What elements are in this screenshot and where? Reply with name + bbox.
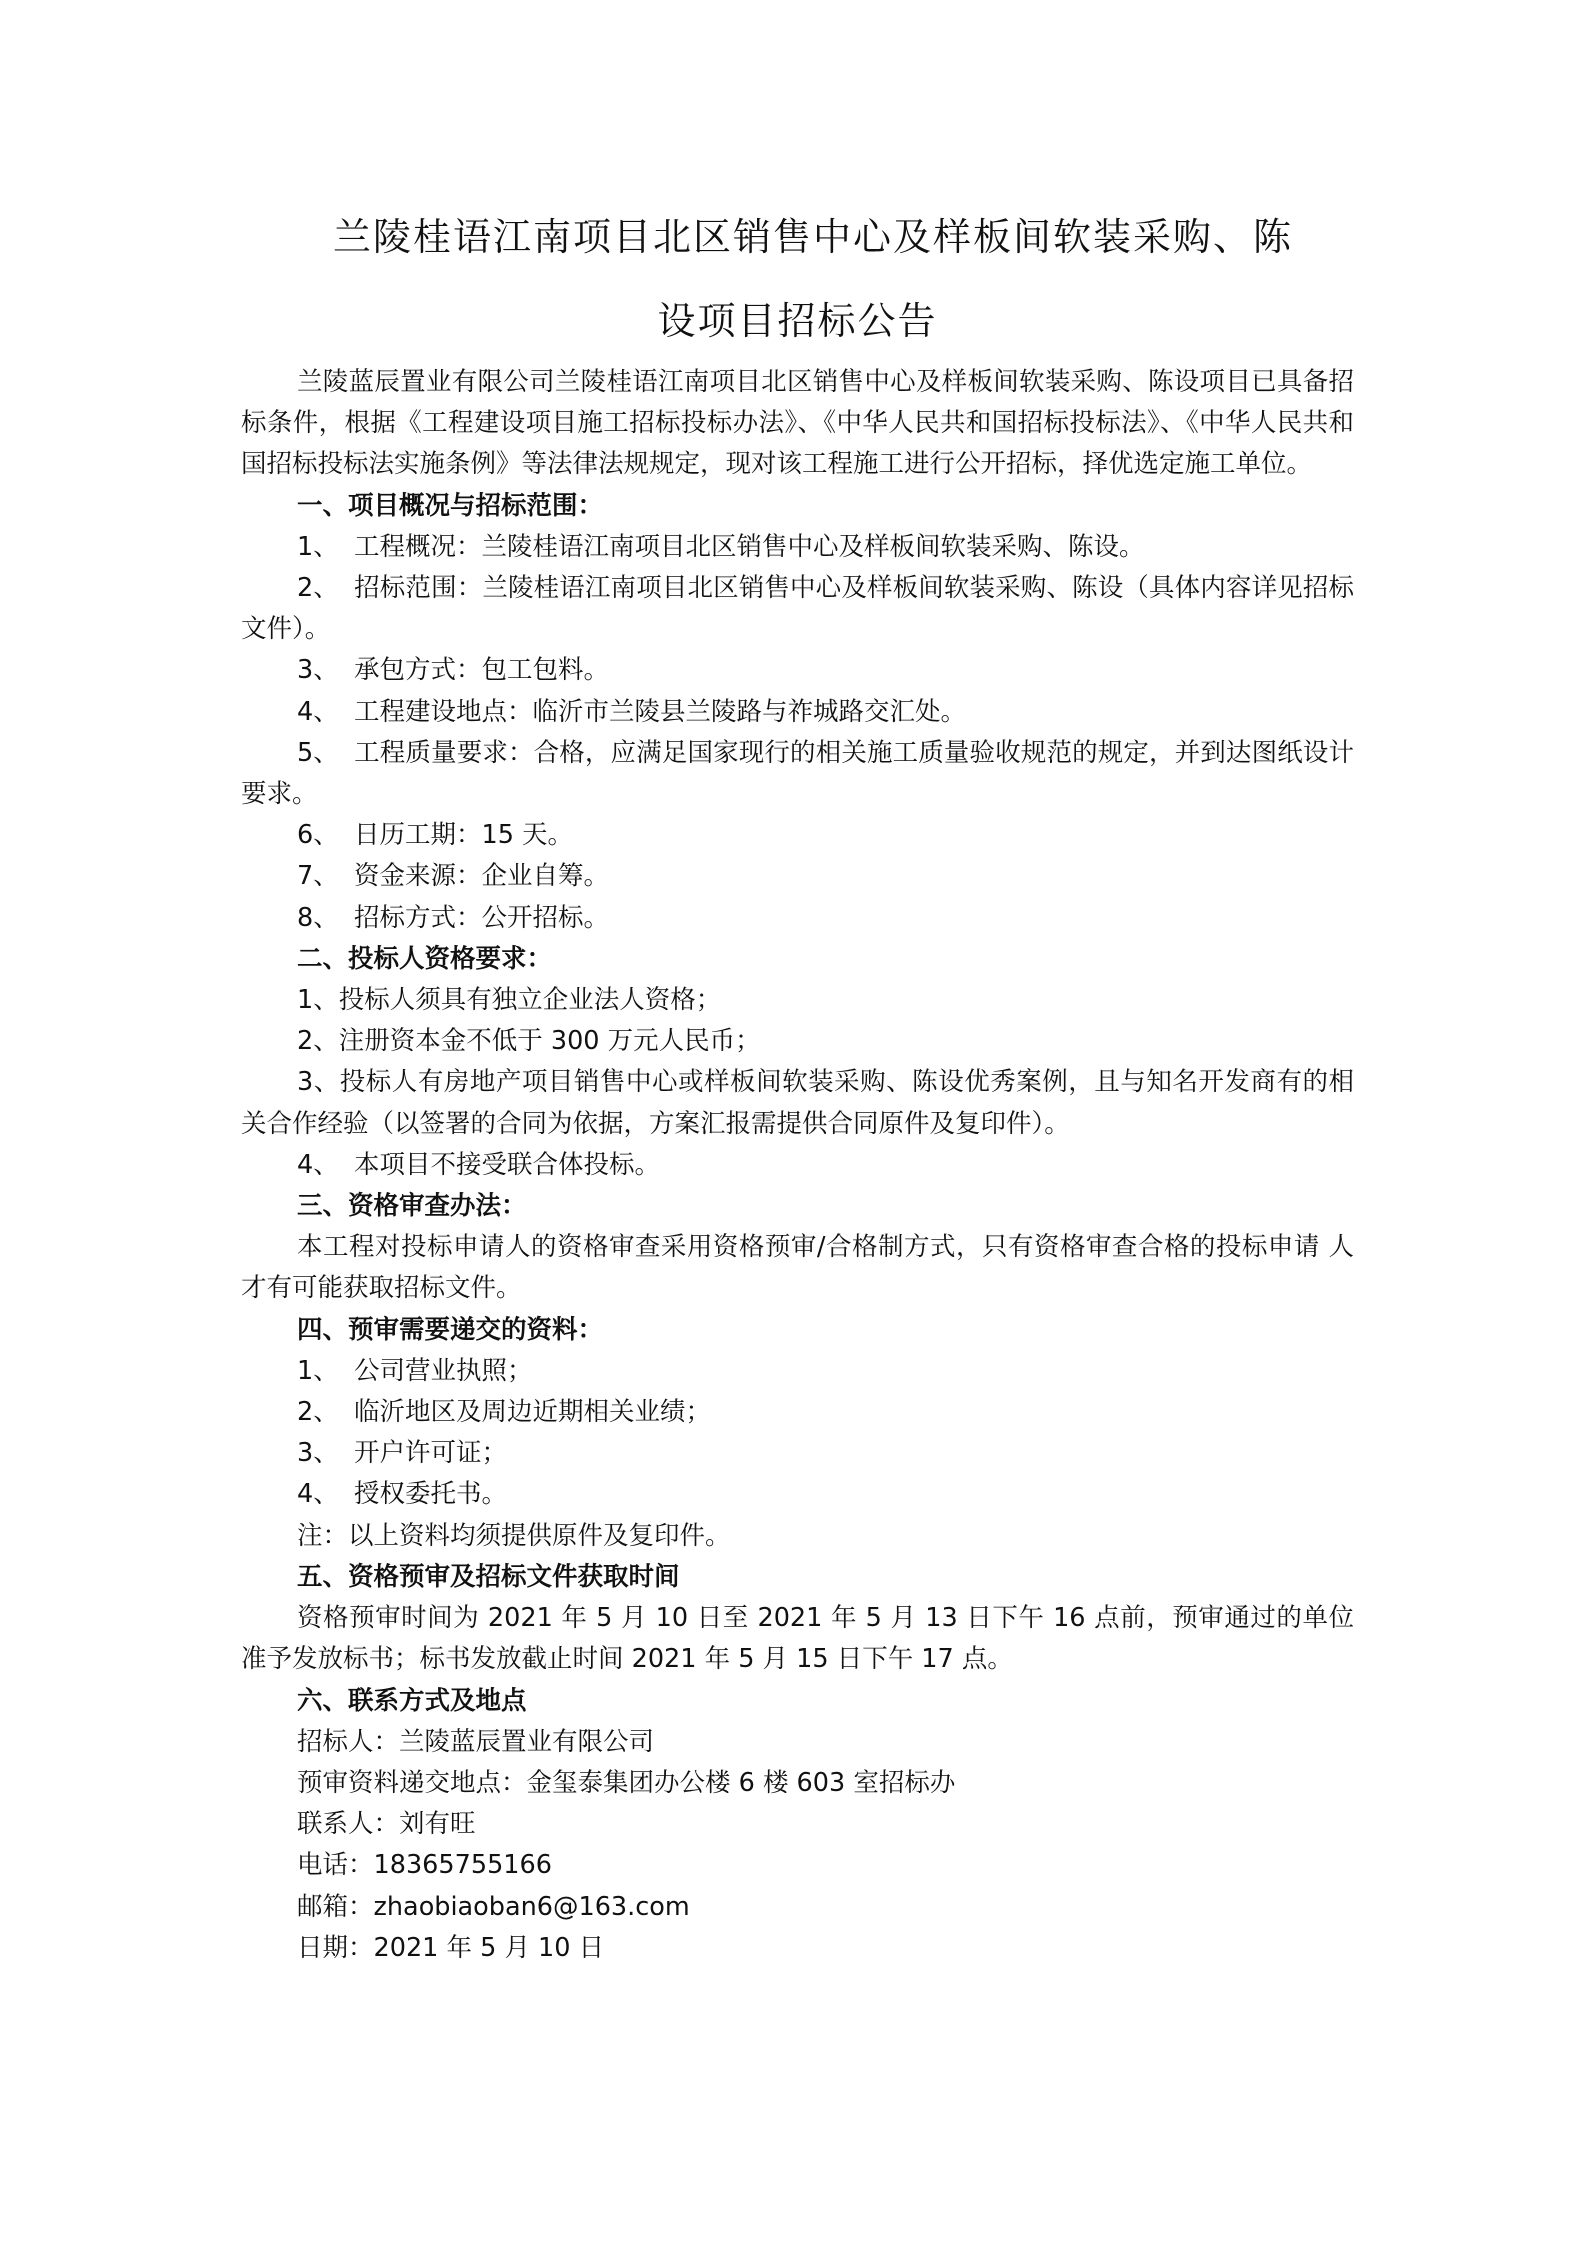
contact-label: 电话：: [297, 1850, 374, 1880]
contact-label: 日期：: [297, 1933, 374, 1963]
contact-person: 联系人：刘有旺: [241, 1804, 1354, 1845]
item-text: 注册资本金不低于 300 万元人民币；: [339, 1026, 761, 1056]
section-2-item: 1、投标人须具有独立企业法人资格；: [241, 980, 1354, 1021]
contact-email: 邮箱：zhaobiaoban6@163.com: [241, 1887, 1354, 1928]
section-1-item: 7、资金来源：企业自筹。: [241, 856, 1354, 897]
item-text: 工程建设地点：临沂市兰陵县兰陵路与祚城路交汇处。: [354, 697, 966, 727]
item-number: 2、: [297, 568, 354, 609]
item-text: 日历工期：15 天。: [354, 820, 573, 850]
section-3-text: 本工程对投标申请人的资格审查采用资格预审/合格制方式，只有资格审查合格的投标申请…: [241, 1227, 1354, 1309]
contact-label: 招标人：: [297, 1727, 399, 1757]
item-text: 投标人有房地产项目销售中心或样板间软装采购、陈设优秀案例，且与知名开发商有的相关…: [241, 1067, 1354, 1138]
contact-submission-location: 预审资料递交地点：金玺泰集团办公楼 6 楼 603 室招标办: [241, 1763, 1354, 1804]
item-number: 5、: [297, 733, 354, 774]
contact-value: 兰陵蓝辰置业有限公司: [399, 1727, 654, 1757]
intro-paragraph: 兰陵蓝辰置业有限公司兰陵桂语江南项目北区销售中心及样板间软装采购、陈设项目已具备…: [241, 362, 1354, 486]
item-number: 1、: [297, 527, 354, 568]
item-text: 资金来源：企业自筹。: [354, 861, 609, 891]
contact-bidder: 招标人：兰陵蓝辰置业有限公司: [241, 1722, 1354, 1763]
section-1-item: 1、工程概况：兰陵桂语江南项目北区销售中心及样板间软装采购、陈设。: [241, 527, 1354, 568]
section-2-item: 3、投标人有房地产项目销售中心或样板间软装采购、陈设优秀案例，且与知名开发商有的…: [241, 1062, 1354, 1144]
item-text: 授权委托书。: [354, 1479, 507, 1509]
section-2-heading: 二、投标人资格要求：: [241, 939, 1354, 980]
item-text: 投标人须具有独立企业法人资格；: [339, 985, 722, 1015]
section-4-heading: 四、预审需要递交的资料：: [241, 1310, 1354, 1351]
section-4-item: 3、开户许可证；: [241, 1433, 1354, 1474]
item-text: 工程概况：兰陵桂语江南项目北区销售中心及样板间软装采购、陈设。: [354, 532, 1145, 562]
section-5-text: 资格预审时间为 2021 年 5 月 10 日至 2021 年 5 月 13 日…: [241, 1598, 1354, 1680]
section-4-item: 4、授权委托书。: [241, 1474, 1354, 1515]
section-6-heading: 六、联系方式及地点: [241, 1681, 1354, 1722]
section-3-heading: 三、资格审查办法：: [241, 1186, 1354, 1227]
item-text: 本项目不接受联合体投标。: [354, 1150, 660, 1180]
item-text: 公司营业执照；: [354, 1356, 533, 1386]
item-number: 2、: [297, 1026, 339, 1056]
item-number: 3、: [297, 1067, 340, 1097]
document-title-line-2: 设项目招标公告: [241, 290, 1354, 345]
item-text: 工程质量要求：合格，应满足国家现行的相关施工质量验收规范的规定，并到达图纸设计要…: [241, 738, 1354, 809]
item-number: 7、: [297, 856, 354, 897]
section-4-item: 1、公司营业执照；: [241, 1351, 1354, 1392]
item-text: 招标范围：兰陵桂语江南项目北区销售中心及样板间软装采购、陈设（具体内容详见招标文…: [241, 573, 1354, 644]
item-number: 3、: [297, 650, 354, 691]
contact-value: 金玺泰集团办公楼 6 楼 603 室招标办: [527, 1768, 956, 1798]
section-5-heading: 五、资格预审及招标文件获取时间: [241, 1557, 1354, 1598]
item-number: 4、: [297, 1145, 354, 1186]
document-body: 兰陵蓝辰置业有限公司兰陵桂语江南项目北区销售中心及样板间软装采购、陈设项目已具备…: [241, 362, 1354, 1969]
contact-label: 邮箱：: [297, 1892, 374, 1922]
item-text: 临沂地区及周边近期相关业绩；: [354, 1397, 711, 1427]
contact-value: 刘有旺: [399, 1809, 476, 1839]
contact-date: 日期：2021 年 5 月 10 日: [241, 1928, 1354, 1969]
contact-label: 预审资料递交地点：: [297, 1768, 527, 1798]
section-1-heading: 一、项目概况与招标范围：: [241, 486, 1354, 527]
item-text: 招标方式：公开招标。: [354, 903, 609, 933]
item-number: 4、: [297, 1474, 354, 1515]
section-2-item: 2、注册资本金不低于 300 万元人民币；: [241, 1021, 1354, 1062]
contact-value: zhaobiaoban6@163.com: [374, 1892, 690, 1922]
item-number: 8、: [297, 898, 354, 939]
section-1-item: 4、工程建设地点：临沂市兰陵县兰陵路与祚城路交汇处。: [241, 692, 1354, 733]
contact-value: 2021 年 5 月 10 日: [374, 1933, 605, 1963]
document-title-line-1: 兰陵桂语江南项目北区销售中心及样板间软装采购、陈: [333, 206, 1293, 261]
contact-phone: 电话：18365755166: [241, 1845, 1354, 1886]
section-2-item: 4、本项目不接受联合体投标。: [241, 1145, 1354, 1186]
item-number: 2、: [297, 1392, 354, 1433]
contact-label: 联系人：: [297, 1809, 399, 1839]
item-text: 开户许可证；: [354, 1438, 507, 1468]
item-text: 承包方式：包工包料。: [354, 655, 609, 685]
section-1-item: 5、工程质量要求：合格，应满足国家现行的相关施工质量验收规范的规定，并到达图纸设…: [241, 733, 1354, 815]
item-number: 4、: [297, 692, 354, 733]
item-number: 1、: [297, 1351, 354, 1392]
section-1-item: 2、招标范围：兰陵桂语江南项目北区销售中心及样板间软装采购、陈设（具体内容详见招…: [241, 568, 1354, 650]
contact-value: 18365755166: [374, 1850, 552, 1880]
item-number: 6、: [297, 815, 354, 856]
section-4-item: 2、临沂地区及周边近期相关业绩；: [241, 1392, 1354, 1433]
item-number: 1、: [297, 985, 339, 1015]
section-1-item: 6、日历工期：15 天。: [241, 815, 1354, 856]
section-4-note: 注：以上资料均须提供原件及复印件。: [241, 1516, 1354, 1557]
section-1-item: 3、承包方式：包工包料。: [241, 650, 1354, 691]
section-1-item: 8、招标方式：公开招标。: [241, 898, 1354, 939]
item-number: 3、: [297, 1433, 354, 1474]
